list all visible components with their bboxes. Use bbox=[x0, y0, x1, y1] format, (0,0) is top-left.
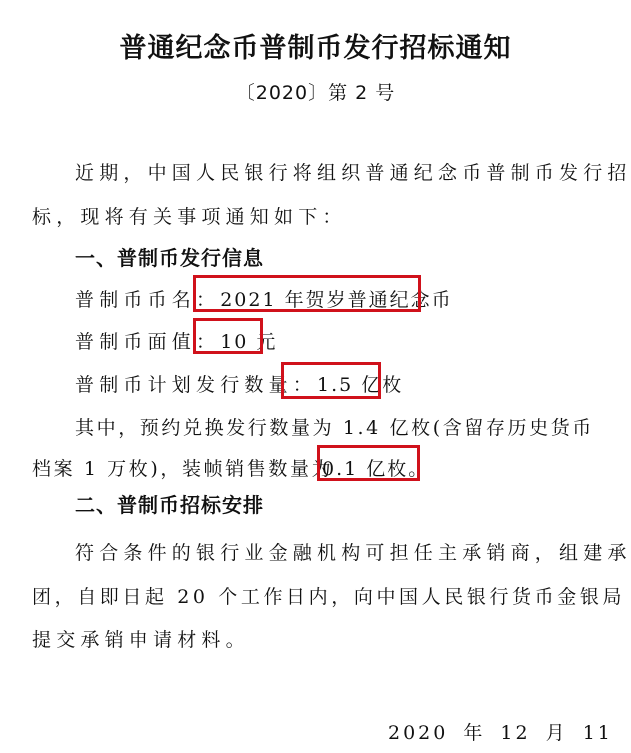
highlight-box-face-value bbox=[193, 318, 263, 354]
intro-line-1: 近期，中国人民银行将组织普通纪念币普制币发行招 bbox=[75, 158, 631, 185]
section2-line-1: 符合条件的银行业金融机构可担任主承销商，组建承销 bbox=[75, 538, 631, 565]
detail-line-2: 档案 1 万枚)，装帧销售数量为 bbox=[32, 454, 333, 481]
detail-line-2-prefix: 档案 1 万枚)，装帧销售数量为 bbox=[32, 458, 333, 480]
section1-heading: 一、普制币发行信息 bbox=[75, 242, 264, 271]
intro-line-2: 标，现将有关事项通知如下： bbox=[32, 202, 347, 229]
document-title: 普通纪念币普制币发行招标通知 bbox=[0, 26, 631, 65]
document-number: 〔2020〕第 2 号 bbox=[0, 78, 631, 105]
section2-line-3: 提交承销申请材料。 bbox=[32, 625, 250, 652]
document-date: 2020 年 12 月 11 日 bbox=[388, 718, 631, 745]
highlight-box-coin-name bbox=[193, 275, 421, 312]
detail-line-1: 其中，预约兑换发行数量为 1.4 亿枚(含留存历史货币 bbox=[75, 413, 594, 440]
section2-line-2: 团，自即日起 20 个工作日内，向中国人民银行货币金银局 bbox=[32, 582, 625, 609]
highlight-box-packaged-quantity bbox=[317, 445, 420, 481]
highlight-box-issue-quantity bbox=[281, 362, 381, 399]
section2-heading: 二、普制币招标安排 bbox=[75, 489, 264, 518]
